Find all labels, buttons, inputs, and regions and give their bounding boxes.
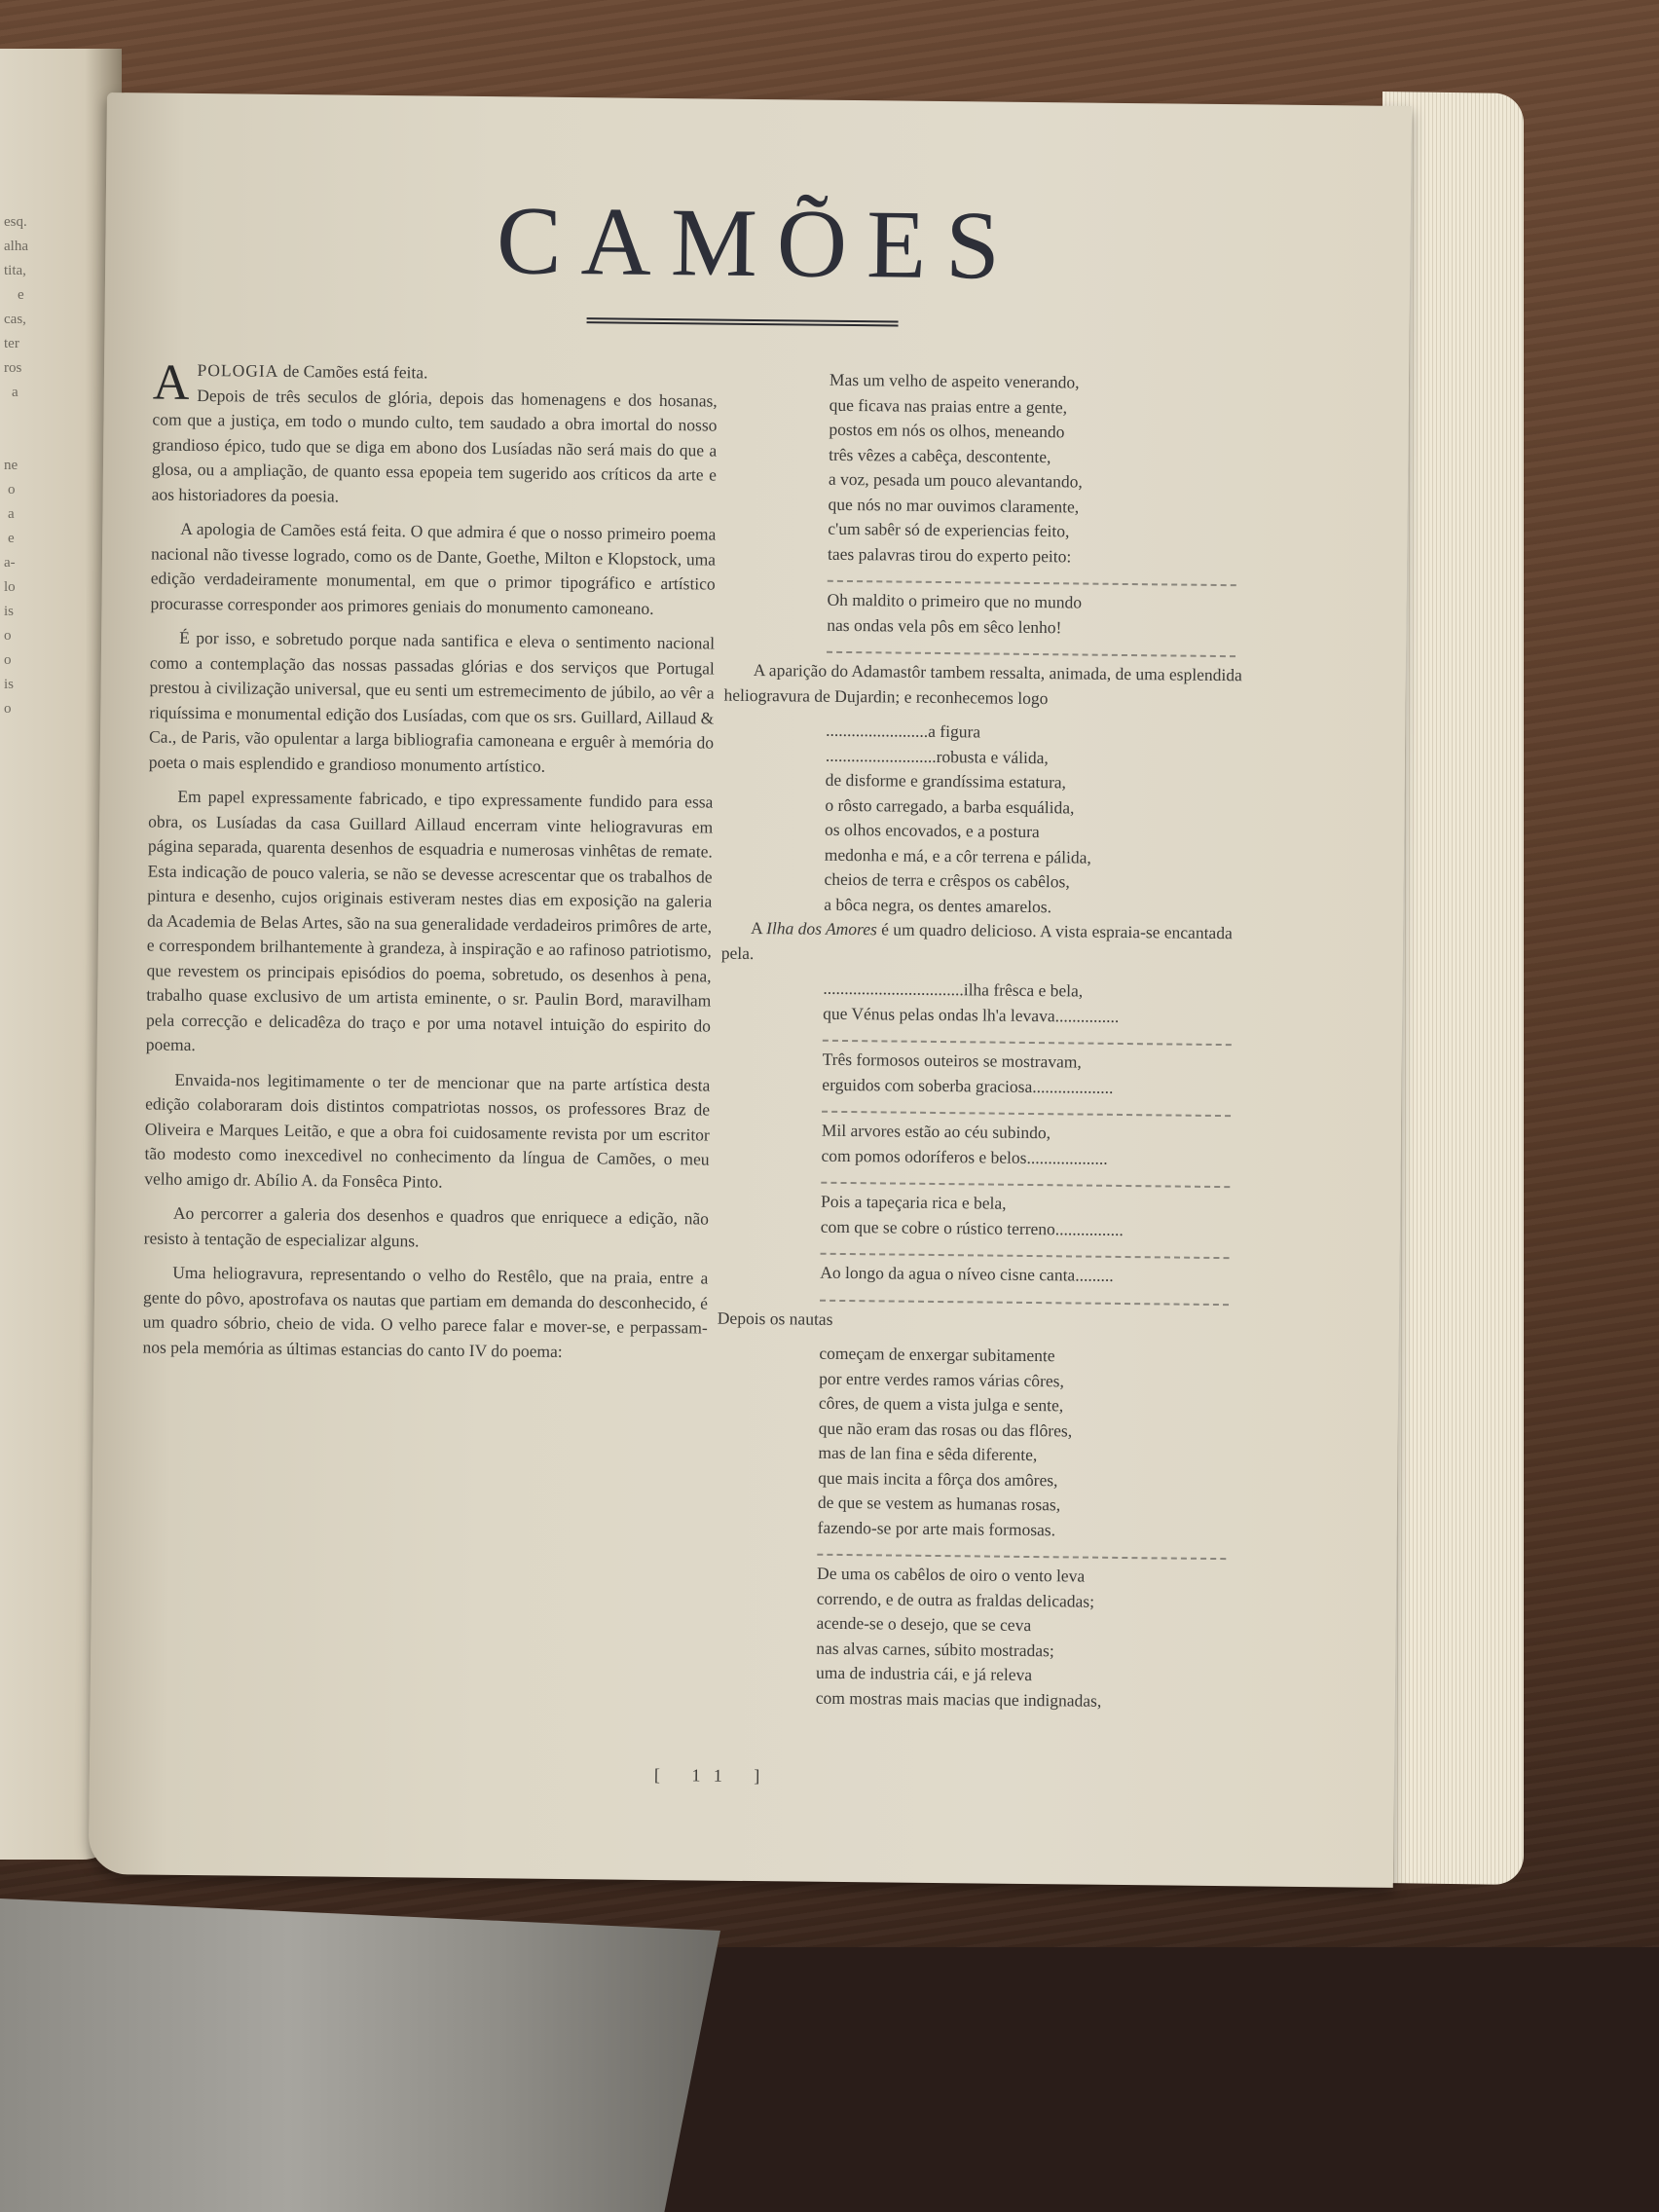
dashed-separator <box>828 569 1236 586</box>
title-double-rule <box>587 317 899 326</box>
left-page-fragment: a <box>12 385 18 401</box>
left-page-fragment: e <box>8 531 15 547</box>
left-page-fragment: ter <box>4 336 19 352</box>
left-page-fragment: o <box>8 482 16 498</box>
verse-line: cheios de terra e crêspos os cabêlos, <box>824 867 1247 897</box>
verse-line: começam de enxergar subitamente <box>819 1342 1242 1371</box>
verse-line: Pois a tapeçaria rica e bela, <box>821 1190 1244 1219</box>
dashed-separator <box>821 1241 1230 1259</box>
verse-line: de disforme e grandíssima estatura, <box>826 768 1249 797</box>
dashed-separator <box>822 1099 1231 1117</box>
left-page-fragment: a <box>8 506 15 523</box>
left-page-fragment: alha <box>4 239 28 255</box>
left-page-fragment: cas, <box>4 312 26 328</box>
left-page-fragment: o <box>4 701 12 718</box>
paragraph: Uma heliogravura, representando o velho … <box>142 1260 708 1365</box>
verse-line: que Vénus pelas ondas lh'a levava.......… <box>823 1001 1246 1030</box>
opening-smallcaps: POLOGIA <box>197 360 278 381</box>
verse-line: nas ondas vela pôs em sêco lenho! <box>827 612 1250 642</box>
verse-line: a voz, pesada um pouco alevantando, <box>829 467 1252 497</box>
verse-line: de que se vestem as humanas rosas, <box>818 1491 1241 1520</box>
verse-line: mas de lan fina e sêda diferente, <box>818 1441 1241 1470</box>
left-page-fragment: o <box>4 652 12 669</box>
book-page: CAMÕES A POLOGIA de Camões está feita. D… <box>89 92 1412 1888</box>
verse-line: côres, de quem a vista julga e sente, <box>819 1391 1242 1420</box>
dashed-separator <box>823 1028 1232 1046</box>
paragraph: Em papel expressamente fabricado, e tipo… <box>146 784 714 1063</box>
verse-line: com que se cobre o rústico terreno......… <box>821 1214 1244 1243</box>
paragraph: Envaida-nos legitimamente o ter de menci… <box>144 1067 710 1198</box>
italic-title: Ilha dos Amores <box>766 918 877 939</box>
left-page-fragment: ne <box>4 458 18 474</box>
verse-line: Três formosos outeiros se mostravam, <box>823 1048 1246 1077</box>
verse-line: os olhos encovados, e a postura <box>825 818 1248 847</box>
opening-line: de Camões está feita. <box>278 361 427 383</box>
prose-paragraph: Depois os nautas <box>718 1306 1243 1336</box>
left-page-fragment: lo <box>4 579 16 596</box>
left-page-fragment: esq. <box>4 214 27 231</box>
verse-line: c'um sabêr só de experiencias feito, <box>828 517 1251 546</box>
prose-paragraph: A aparição do Adamastôr tambem ressalta,… <box>723 658 1250 714</box>
paragraph: Ao percorrer a galeria dos desenhos e qu… <box>144 1200 710 1256</box>
prose-paragraph: A Ilha dos Amores é um quadro delicioso.… <box>721 916 1248 972</box>
verse-line: erguidos com soberba graciosa...........… <box>822 1072 1245 1101</box>
left-column: A POLOGIA de Camões está feita. Depois d… <box>142 358 718 1376</box>
verse-line: .................................ilha fr… <box>823 977 1246 1006</box>
verse-line: com pomos odoríferos e belos............… <box>821 1143 1244 1172</box>
dashed-separator <box>821 1170 1230 1188</box>
verse-line: Mil arvores estão ao céu subindo, <box>822 1119 1245 1148</box>
paragraph: É por isso, e sobretudo porque nada sant… <box>149 625 716 780</box>
verse-stanza: começam de enxergar subitamente por entr… <box>816 1342 1243 1715</box>
page-title: CAMÕES <box>495 184 1021 302</box>
verse-line: ........................a figura <box>826 719 1249 748</box>
verse-line: acende-se o desejo, que se ceva <box>816 1611 1239 1641</box>
dashed-separator <box>817 1542 1226 1560</box>
left-page-fragment: ros <box>4 360 21 377</box>
left-page-fragment: tita, <box>4 263 26 279</box>
verse-line: De uma os cabêlos de oiro o vento leva <box>817 1562 1240 1591</box>
verse-line: fazendo-se por arte mais formosas. <box>817 1515 1240 1544</box>
verse-line: postos em nós os olhos, meneando <box>829 418 1252 447</box>
paragraph: A apologia de Camões está feita. O que a… <box>150 516 716 621</box>
verse-line: com mostras mais macias que indignadas, <box>816 1685 1239 1714</box>
verse-stanza: Mas um velho de aspeito venerando, que f… <box>827 368 1253 658</box>
opening-paragraph: A POLOGIA de Camões está feita. Depois d… <box>152 358 719 513</box>
verse-line: taes palavras tirou do experto peito: <box>828 541 1251 571</box>
right-column: Mas um velho de aspeito venerando, que f… <box>714 367 1253 1715</box>
verse-line: uma de industria cái, e já releva <box>816 1661 1239 1690</box>
drop-cap: A <box>153 362 190 405</box>
gray-cloth <box>0 1899 720 2212</box>
prose-text: A <box>751 918 766 938</box>
verse-stanza: ........................a figura .......… <box>824 719 1249 922</box>
verse-stanza: .................................ilha fr… <box>820 977 1246 1306</box>
verse-line: Mas um velho de aspeito venerando, <box>829 368 1253 397</box>
left-page-fragment: a- <box>4 555 16 571</box>
left-page-fragment: e <box>18 287 24 304</box>
dashed-separator <box>820 1287 1229 1305</box>
left-page-fragment: o <box>4 628 12 645</box>
desk-shadow <box>643 1947 1659 2212</box>
dashed-separator <box>827 640 1235 657</box>
verse-line: Oh maldito o primeiro que no mundo <box>827 588 1250 617</box>
left-page-fragment: is <box>4 677 14 693</box>
verse-line: Ao longo da agua o níveo cisne canta....… <box>820 1261 1243 1290</box>
left-page-fragment: is <box>4 604 14 620</box>
page-number: [ 11 ] <box>654 1765 774 1787</box>
paragraph: Depois de três seculos de glória, depois… <box>152 385 718 505</box>
